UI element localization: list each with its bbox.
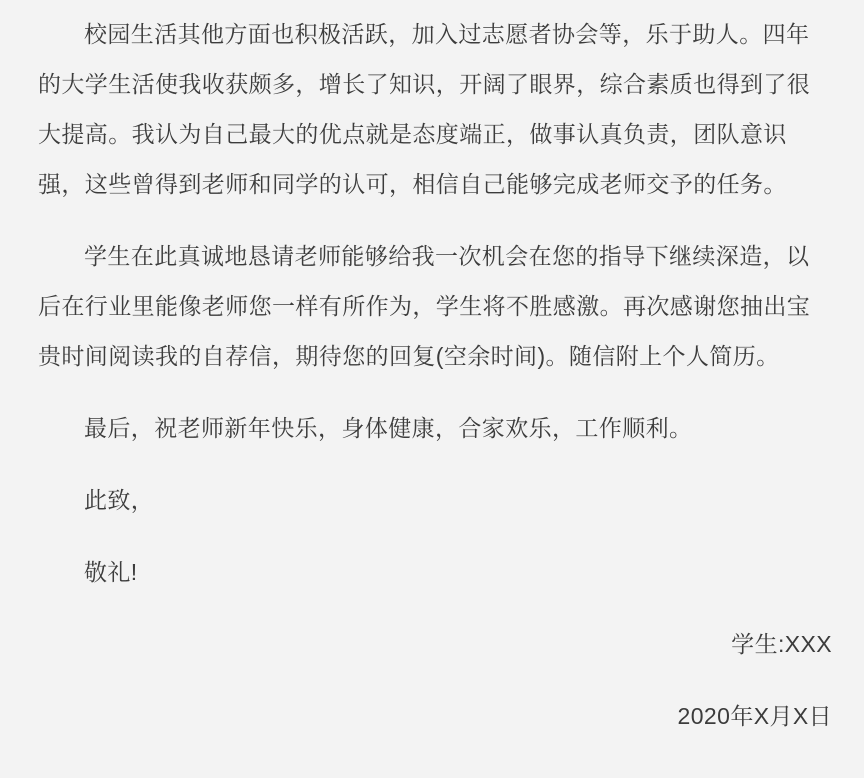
letter-line: 校园生活其他方面也积极活跃，加入过志愿者协会等，乐于助人。四年 xyxy=(38,9,832,59)
letter-paragraph-3: 最后，祝老师新年快乐，身体健康，合家欢乐，工作顺利。 xyxy=(38,403,832,453)
letter-line: 最后，祝老师新年快乐，身体健康，合家欢乐，工作顺利。 xyxy=(38,403,832,453)
letter-line: 学生在此真诚地恳请老师能够给我一次机会在您的指导下继续深造，以 xyxy=(38,231,832,281)
letter-line: 强，这些曾得到老师和同学的认可，相信自己能够完成老师交予的任务。 xyxy=(38,159,832,209)
letter-line: 后在行业里能像老师您一样有所作为，学生将不胜感激。再次感谢您抽出宝 xyxy=(38,281,832,331)
date-line: 2020年X月X日 xyxy=(38,691,832,741)
letter-line: 的大学生活使我收获颇多，增长了知识，开阔了眼界，综合素质也得到了很 xyxy=(38,59,832,109)
closing-salute-respect: 敬礼! xyxy=(38,547,832,597)
signature-line: 学生:XXX xyxy=(38,619,832,669)
letter-page: 校园生活其他方面也积极活跃，加入过志愿者协会等，乐于助人。四年 的大学生活使我收… xyxy=(0,0,864,778)
letter-line: 贵时间阅读我的自荐信，期待您的回复(空余时间)。随信附上个人简历。 xyxy=(38,331,832,381)
letter-paragraph-2: 学生在此真诚地恳请老师能够给我一次机会在您的指导下继续深造，以 后在行业里能像老… xyxy=(38,231,832,381)
letter-line: 大提高。我认为自己最大的优点就是态度端正，做事认真负责，团队意识 xyxy=(38,109,832,159)
letter-paragraph-1: 校园生活其他方面也积极活跃，加入过志愿者协会等，乐于助人。四年 的大学生活使我收… xyxy=(38,9,832,209)
closing-salute: 此致， xyxy=(38,475,832,525)
